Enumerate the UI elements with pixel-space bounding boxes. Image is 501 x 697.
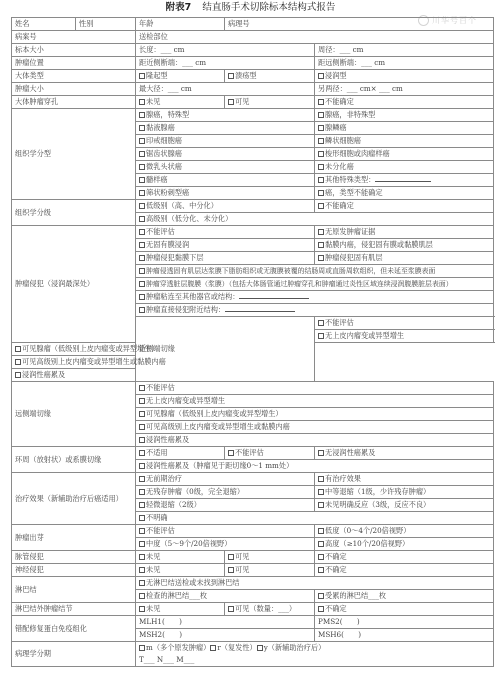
histologic-type-option[interactable]: 锯齿状腺癌 (136, 148, 315, 161)
row-tumor-location: 肿瘤位置 距近侧断端：___ cm 距远侧断端：___ cm (12, 57, 494, 70)
circumference-field[interactable]: 周径：___ cm (315, 44, 494, 57)
histologic-type-option[interactable]: 印戒细胞癌 (136, 135, 315, 148)
histologic-type-option[interactable]: 梭形细胞或肉瘤样癌 (315, 148, 494, 161)
histologic-type-option[interactable]: 腺鳞癌 (315, 122, 494, 135)
perineural-option[interactable]: 可见 (225, 564, 315, 577)
checkbox-icon[interactable] (139, 385, 145, 391)
checkbox-icon[interactable] (318, 502, 324, 508)
checkbox-icon[interactable] (139, 398, 145, 404)
invasion-option[interactable]: 无原发肿瘤证据 (315, 226, 494, 239)
gender-field[interactable]: 性别 (76, 18, 136, 31)
distal-margin-option[interactable]: 不能评估 (136, 382, 494, 395)
histologic-type-label: 组织学分型 (12, 109, 136, 200)
checkbox-icon[interactable] (318, 333, 324, 339)
grade-option[interactable]: 低级别（高、中分化） (136, 200, 315, 213)
max-diameter-field[interactable]: 最大径：___ cm (136, 83, 315, 96)
perforation-label: 大体肿瘤穿孔 (12, 96, 136, 109)
radial-margin-label: 环周（放射状）或系膜切缘 (12, 447, 136, 473)
checkbox-icon[interactable] (139, 645, 145, 651)
other-diameters-field[interactable]: 另两径：___ cm× ___ cm (315, 83, 494, 96)
gross-type-option[interactable]: 溃疡型 (225, 70, 315, 83)
checkbox-icon[interactable] (139, 229, 145, 235)
checkbox-icon[interactable] (139, 294, 145, 300)
histologic-type-option[interactable]: 微乳头状癌 (136, 161, 315, 174)
checkbox-icon[interactable] (139, 489, 145, 495)
checkbox-icon[interactable] (139, 112, 145, 118)
mmr-label: 错配修复蛋白免疫组化 (12, 616, 136, 642)
checkbox-icon[interactable] (228, 567, 234, 573)
grade-option[interactable]: 不能确定 (315, 200, 494, 213)
checkbox-icon[interactable] (139, 528, 145, 534)
treatment-option[interactable]: 无前期治疗 (136, 473, 315, 486)
histologic-type-option[interactable]: 腺癌，非特殊型 (315, 109, 494, 122)
row-distal-margin: 远侧端切缘 不能评估 (12, 382, 494, 395)
invasion-label: 肿瘤侵犯（浸润最深处） (12, 226, 136, 343)
checkbox-icon[interactable] (318, 164, 324, 170)
histologic-type-option[interactable]: 黏液腺癌 (136, 122, 315, 135)
adjacent-structure-blank[interactable] (225, 304, 295, 312)
invasion-option[interactable]: 无固有膜浸润 (136, 239, 315, 252)
invasion-option[interactable]: 不能评估 (136, 226, 315, 239)
checkbox-icon[interactable] (139, 138, 145, 144)
invasion-option[interactable]: 肿瘤直接侵犯附近结构： (136, 304, 494, 317)
checkbox-icon[interactable] (318, 138, 324, 144)
staging-label: 病理学分期 (12, 642, 136, 667)
lymph-node-option[interactable]: 无淋巴结送检或未找到淋巴结 (136, 577, 494, 590)
row-vascular-invasion: 脉管侵犯 未见 可见 不确定 (12, 551, 494, 564)
row-invasion: 肿瘤侵犯（浸润最深处） 不能评估 无原发肿瘤证据 (12, 226, 494, 239)
checkbox-icon[interactable] (15, 372, 21, 378)
checkbox-icon[interactable] (139, 580, 145, 586)
checkbox-icon[interactable] (318, 190, 324, 196)
gross-type-label: 大体类型 (12, 70, 136, 83)
checkbox-icon[interactable] (139, 281, 145, 287)
checkbox-icon[interactable] (139, 73, 145, 79)
checkbox-icon[interactable] (318, 125, 324, 131)
radial-margin-option[interactable]: 不适用 (136, 447, 225, 460)
tumor-size-label: 肿瘤大小 (12, 83, 136, 96)
perforation-option[interactable]: 未见 (136, 96, 225, 109)
checkbox-icon[interactable] (228, 606, 234, 612)
checkbox-icon[interactable] (139, 242, 145, 248)
tnm-field[interactable]: T___ N___ M___ (136, 654, 494, 667)
specimen-size-label: 标本大小 (12, 44, 136, 57)
invasion-option[interactable]: 肿瘤穿透脏层腹膜（浆膜）（包括大体肠管通过肿瘤穿孔和肿瘤通过炎性区域连续浸润腹膜… (136, 278, 494, 291)
checkbox-icon[interactable] (228, 450, 234, 456)
checkbox-icon[interactable] (139, 125, 145, 131)
checkbox-icon[interactable] (318, 151, 324, 157)
treatment-option[interactable]: 轻微退缩（2级） (136, 499, 315, 512)
row-specimen-size: 标本大小 长度：___ cm 周径：___ cm (12, 44, 494, 57)
checkbox-icon[interactable] (139, 255, 145, 261)
vascular-invasion-label: 脉管侵犯 (12, 551, 136, 564)
vascular-option[interactable]: 不确定 (315, 551, 494, 564)
invasion-option[interactable]: 黏膜内癌，侵犯固有膜或黏膜肌层 (315, 239, 494, 252)
checkbox-icon[interactable] (139, 450, 145, 456)
msh6-field[interactable]: MSH6( ) (315, 629, 494, 642)
checkbox-icon[interactable] (139, 99, 145, 105)
treatment-option[interactable]: 无残存肿瘤（0级，完全退缩） (136, 486, 315, 499)
deposit-option[interactable]: 可见（数量：___） (225, 603, 315, 616)
invasion-option[interactable]: 肿瘤侵犯黏膜下层 (136, 252, 315, 265)
budding-option[interactable]: 低度（0～4个/20倍视野） (315, 525, 494, 538)
checkbox-icon[interactable] (318, 73, 324, 79)
checkbox-icon[interactable] (15, 359, 21, 365)
histologic-type-option[interactable]: 鳞状细胞癌 (315, 135, 494, 148)
treatment-option[interactable]: 未见明确反应（3级，反应不良） (315, 499, 494, 512)
treatment-effect-label: 治疗效果（新辅助治疗后癌适用） (12, 473, 136, 525)
checkbox-icon[interactable] (139, 307, 145, 313)
proximal-margin-option[interactable]: 可见高级别上皮内瘤变或异型增生或黏膜内癌 (12, 356, 225, 369)
checkbox-icon[interactable] (228, 73, 234, 79)
deposit-option[interactable]: 不确定 (315, 603, 494, 616)
checkbox-icon[interactable] (210, 645, 216, 651)
checkbox-icon[interactable] (139, 424, 145, 430)
perineural-option[interactable]: 不确定 (315, 564, 494, 577)
checkbox-icon[interactable] (318, 606, 324, 612)
histologic-type-option[interactable]: 腺癌，特殊型 (136, 109, 315, 122)
checkbox-icon[interactable] (139, 203, 145, 209)
checkbox-icon[interactable] (139, 502, 145, 508)
checkbox-icon[interactable] (139, 606, 145, 612)
perforation-option[interactable]: 不能确定 (315, 96, 494, 109)
checkbox-icon[interactable] (228, 554, 234, 560)
checkbox-icon[interactable] (139, 164, 145, 170)
histologic-type-option[interactable]: 髓样癌 (136, 174, 315, 187)
row-patient-info: 姓名 性别 年龄 病理号 (12, 18, 494, 31)
checkbox-icon[interactable] (318, 541, 324, 547)
tumor-location-label: 肿瘤位置 (12, 57, 136, 70)
pms2-field[interactable]: PMS2( ) (315, 616, 494, 629)
checkbox-icon[interactable] (318, 528, 324, 534)
perforation-option[interactable]: 可见 (225, 96, 315, 109)
radial-margin-option[interactable]: 不能评估 (225, 447, 315, 460)
gross-type-option[interactable]: 浸润型 (315, 70, 494, 83)
gross-type-option[interactable]: 隆起型 (136, 70, 225, 83)
table-number: 附表7 (166, 2, 192, 13)
checkbox-icon[interactable] (139, 476, 145, 482)
distal-margin-option[interactable]: 可见高级别上皮内瘤变或异型增生或黏膜内癌 (136, 421, 494, 434)
length-field[interactable]: 长度：___ cm (136, 44, 315, 57)
checkbox-icon[interactable] (15, 346, 21, 352)
checkbox-icon[interactable] (318, 554, 324, 560)
adherent-organ-blank[interactable] (239, 291, 309, 299)
treatment-option[interactable]: 不明确 (136, 512, 494, 525)
checkbox-icon[interactable] (318, 567, 324, 573)
age-field[interactable]: 年龄 (136, 18, 225, 31)
vascular-option[interactable]: 可见 (225, 551, 315, 564)
vascular-option[interactable]: 未见 (136, 551, 225, 564)
perineural-option[interactable]: 未见 (136, 564, 225, 577)
row-histologic-type: 组织学分型 腺癌，特殊型 腺癌，非特殊型 (12, 109, 494, 122)
distal-margin-option[interactable]: 浸润性癌累及 (136, 434, 494, 447)
row-tumor-budding: 肿瘤出芽 不能评估 低度（0～4个/20倍视野） (12, 525, 494, 538)
histologic-grade-label: 组织学分级 (12, 200, 136, 226)
row-staging: 病理学分期 m（多个原发肿瘤）r（复发性）y（新辅助治疗后） (12, 642, 494, 655)
checkbox-icon[interactable] (318, 255, 324, 261)
lymph-node-option[interactable]: 受累的淋巴结___枚 (315, 590, 494, 603)
proximal-margin-option[interactable]: 可见腺瘤（低级别上皮内瘤变或异型增生） (12, 343, 225, 356)
tumor-deposits-label: 淋巴结外肿瘤结节 (12, 603, 136, 616)
histologic-type-option[interactable]: 未分化癌 (315, 161, 494, 174)
checkbox-icon[interactable] (139, 567, 145, 573)
row-perforation: 大体肿瘤穿孔 未见 可见 不能确定 (12, 96, 494, 109)
checkbox-icon[interactable] (139, 541, 145, 547)
msh2-field[interactable]: MSH2( ) (136, 629, 315, 642)
checkbox-icon[interactable] (318, 242, 324, 248)
table-title: 结直肠手术切除标本结构式报告 (202, 2, 335, 13)
row-radial-margin: 环周（放射状）或系膜切缘 不适用 不能评估 无浸润性癌累及 (12, 447, 494, 460)
invasion-option[interactable]: 肿瘤粘连至其他器官或结构： (136, 291, 494, 304)
budding-option[interactable]: 不能评估 (136, 525, 315, 538)
mlh1-field[interactable]: MLH1( ) (136, 616, 315, 629)
checkbox-icon[interactable] (318, 593, 324, 599)
budding-option[interactable]: 中度（5～9个/20倍视野） (136, 538, 315, 551)
checkbox-icon[interactable] (318, 112, 324, 118)
row-histologic-grade: 组织学分级 低级别（高、中分化） 不能确定 (12, 200, 494, 213)
checkbox-icon[interactable] (139, 151, 145, 157)
document-title: 附表7 结直肠手术切除标本结构式报告 (0, 1, 501, 15)
grade-option[interactable]: 高级别（低分化、未分化） (136, 213, 494, 226)
name-field[interactable]: 姓名 (12, 18, 76, 31)
checkbox-icon[interactable] (139, 411, 145, 417)
distal-margin-label: 远侧端切缘 (12, 382, 136, 447)
checkbox-icon[interactable] (139, 177, 145, 183)
row-treatment-effect: 治疗效果（新辅助治疗后癌适用） 无前期治疗 有治疗效果 (12, 473, 494, 486)
checkbox-icon[interactable] (228, 99, 234, 105)
checkbox-icon[interactable] (318, 320, 324, 326)
deposit-option[interactable]: 未见 (136, 603, 225, 616)
checkbox-icon[interactable] (318, 450, 324, 456)
checkbox-icon[interactable] (139, 463, 145, 469)
row-case: 病案号 送检部位 (12, 31, 494, 44)
checkbox-icon[interactable] (139, 593, 145, 599)
radial-margin-option[interactable]: 无浸润性癌累及 (315, 447, 494, 460)
row-gross-type: 大体类型 隆起型 溃疡型 浸润型 (12, 70, 494, 83)
checkbox-icon[interactable] (318, 203, 324, 209)
proximal-distance-field[interactable]: 距近侧断端：___ cm (136, 57, 315, 70)
row-tumor-size: 肿瘤大小 最大径：___ cm 另两径：___ cm× ___ cm (12, 83, 494, 96)
checkbox-icon[interactable] (139, 190, 145, 196)
checkbox-icon[interactable] (139, 216, 145, 222)
invasion-option[interactable]: 肿瘤侵犯固有肌层 (315, 252, 494, 265)
pathology-number-field[interactable]: 病理号 (225, 18, 494, 31)
structured-report-table: 姓名 性别 年龄 病理号 病案号 送检部位 标本大小 长度：___ cm 周径：… (11, 17, 494, 667)
submitted-site-field[interactable]: 送检部位 (136, 31, 494, 44)
checkbox-icon[interactable] (257, 645, 263, 651)
lymph-nodes-label: 淋巴结 (12, 577, 136, 603)
staging-prefix-options: m（多个原发肿瘤）r（复发性）y（新辅助治疗后） (136, 642, 494, 655)
perineural-invasion-label: 神经侵犯 (12, 564, 136, 577)
row-tumor-deposits: 淋巴结外肿瘤结节 未见 可见（数量：___） 不确定 (12, 603, 494, 616)
proximal-margin-option[interactable]: 不能评估 (315, 317, 494, 330)
checkbox-icon[interactable] (318, 229, 324, 235)
row-mmr: 错配修复蛋白免疫组化 MLH1( ) PMS2( ) (12, 616, 494, 629)
case-number-field[interactable]: 病案号 (12, 31, 136, 44)
distal-distance-field[interactable]: 距远侧断端：___ cm (315, 57, 494, 70)
treatment-option[interactable]: 中等退缩（1级，少许残存肿瘤） (315, 486, 494, 499)
proximal-margin-option[interactable]: 无上皮内瘤变或异型增生 (315, 330, 494, 343)
lymph-node-option[interactable]: 检查的淋巴结___枚 (136, 590, 315, 603)
checkbox-icon[interactable] (318, 489, 324, 495)
proximal-margin-option[interactable]: 浸润性癌累及 (12, 369, 225, 382)
tumor-budding-label: 肿瘤出芽 (12, 525, 136, 551)
treatment-option[interactable]: 有治疗效果 (315, 473, 494, 486)
budding-option[interactable]: 高度（≥10个/20倍视野） (315, 538, 494, 551)
distal-margin-option[interactable]: 可见腺瘤（低级别上皮内瘤变或异型增生） (136, 408, 494, 421)
radial-margin-option[interactable]: 浸润性癌累及（肿瘤见于距切缘0～1 mm处） (136, 460, 494, 473)
other-type-blank[interactable] (375, 174, 431, 182)
row-perineural-invasion: 神经侵犯 未见 可见 不确定 (12, 564, 494, 577)
checkbox-icon[interactable] (318, 99, 324, 105)
checkbox-icon[interactable] (139, 554, 145, 560)
distal-margin-option[interactable]: 无上皮内瘤变或异型增生 (136, 395, 494, 408)
checkbox-icon[interactable] (139, 268, 145, 274)
checkbox-icon[interactable] (139, 515, 145, 521)
row-lymph-nodes: 淋巴结 无淋巴结送检或未找到淋巴结 (12, 577, 494, 590)
checkbox-icon[interactable] (318, 476, 324, 482)
checkbox-icon[interactable] (139, 437, 145, 443)
histologic-type-option[interactable]: 癌，类型不能确定 (315, 187, 494, 200)
histologic-type-option[interactable]: 筛状粉刺型癌 (136, 187, 315, 200)
histologic-type-option[interactable]: 其他特殊类型： (315, 174, 494, 187)
invasion-option[interactable]: 肿瘤侵透固有肌层达浆膜下脂肪组织或无腹膜被覆的结肠周或直肠周软组织，但未延至浆膜… (136, 265, 494, 278)
checkbox-icon[interactable] (318, 177, 324, 183)
